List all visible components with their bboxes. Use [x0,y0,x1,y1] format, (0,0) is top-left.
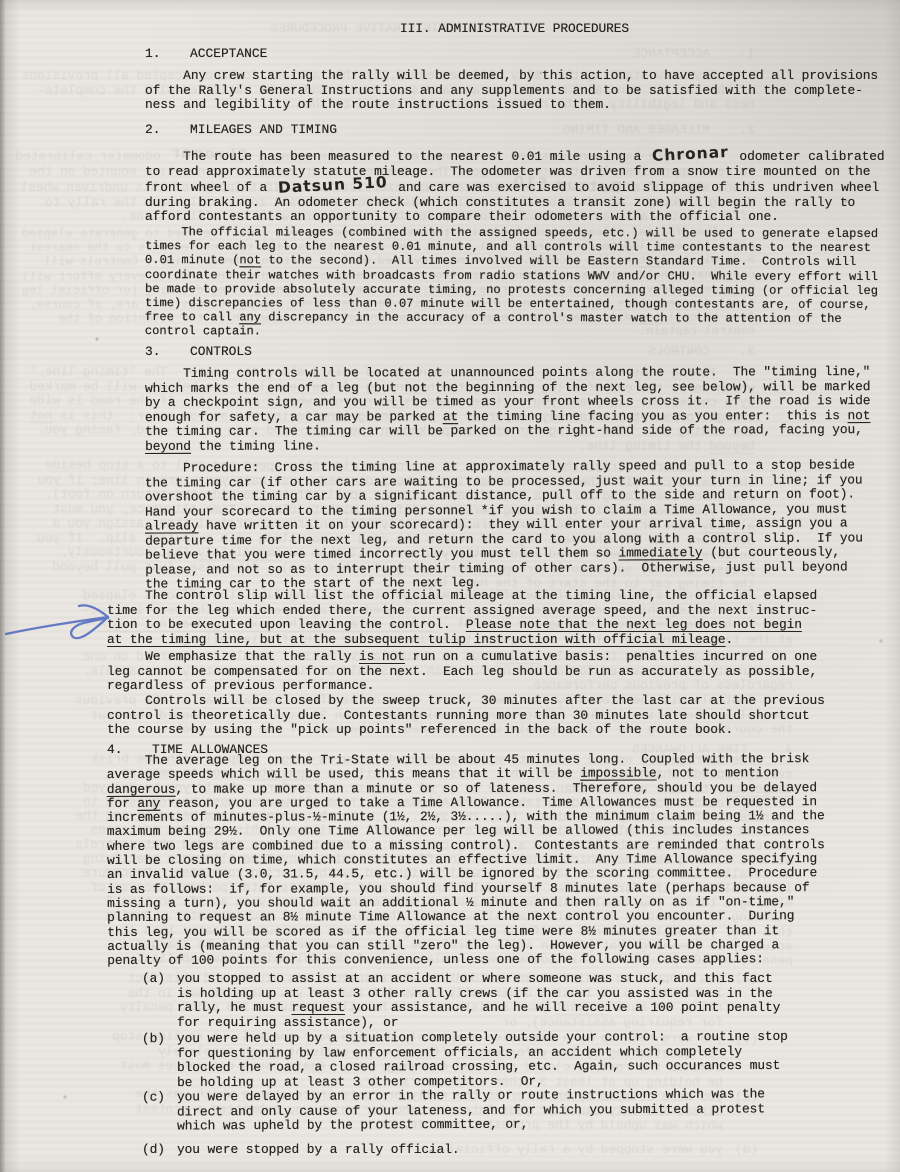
paragraph-route-measurement: The route has been measured to the neare… [145,148,885,225]
list-item-d-text: you were stopped by a rally official. [177,1143,460,1158]
section-2-heading: 2.MILEAGES AND TIMING [145,122,337,137]
section-2-label: MILEAGES AND TIMING [190,122,337,137]
handwritten-arrow-icon [4,596,144,666]
list-item-c: (c)you were delayed by an error in the r… [142,1087,765,1134]
list-item-a: (a)you stopped to assist at an accident … [142,972,780,1030]
section-3-heading: 3.CONTROLS [145,344,252,359]
section-1-heading: 1.ACCEPTANCE [145,46,267,61]
paragraph-not-cumulative: We emphasize that the rally is not run o… [107,650,817,694]
list-item-c-text: you were delayed by an error in the rall… [177,1087,765,1134]
document-page: III. ADMINISTRATIVE PROCEDURES 1.ACCEPTA… [0,0,900,1172]
section-3-label: CONTROLS [190,344,252,359]
paragraph-time-allowances: The average leg on the Tri-State will be… [107,752,825,968]
list-item-b: (b)you were held up by a situation compl… [142,1030,788,1090]
section-2-number: 2. [145,122,190,137]
paragraph-official-mileages: The official mileages (combined with the… [145,225,878,341]
list-item-d: (d)you were stopped by a rally official. [142,1143,460,1158]
list-item-c-label: (c) [142,1090,177,1134]
document-title: III. ADMINISTRATIVE PROCEDURES [400,22,629,37]
list-item-a-label: (a) [142,972,177,1030]
paragraph-acceptance: Any crew starting the rally will be deem… [145,69,878,113]
paragraph-control-slip: The control slip will list the official … [107,589,817,647]
paragraph-timing-controls: Timing controls will be located at unann… [145,365,871,454]
section-1-number: 1. [145,46,190,61]
typed-content: III. ADMINISTRATIVE PROCEDURES 1.ACCEPTA… [0,0,900,1172]
list-item-b-text: you were held up by a situation complete… [177,1030,788,1090]
paragraph-procedure: Procedure: Cross the timing line at appr… [145,458,863,592]
list-item-d-label: (d) [142,1143,177,1158]
section-1-label: ACCEPTANCE [190,46,267,61]
list-item-a-text: you stopped to assist at an accident or … [177,972,780,1030]
paragraph-sweep-truck: Controls will be closed by the sweep tru… [107,694,825,738]
list-item-b-label: (b) [142,1032,177,1090]
section-3-number: 3. [145,344,190,359]
